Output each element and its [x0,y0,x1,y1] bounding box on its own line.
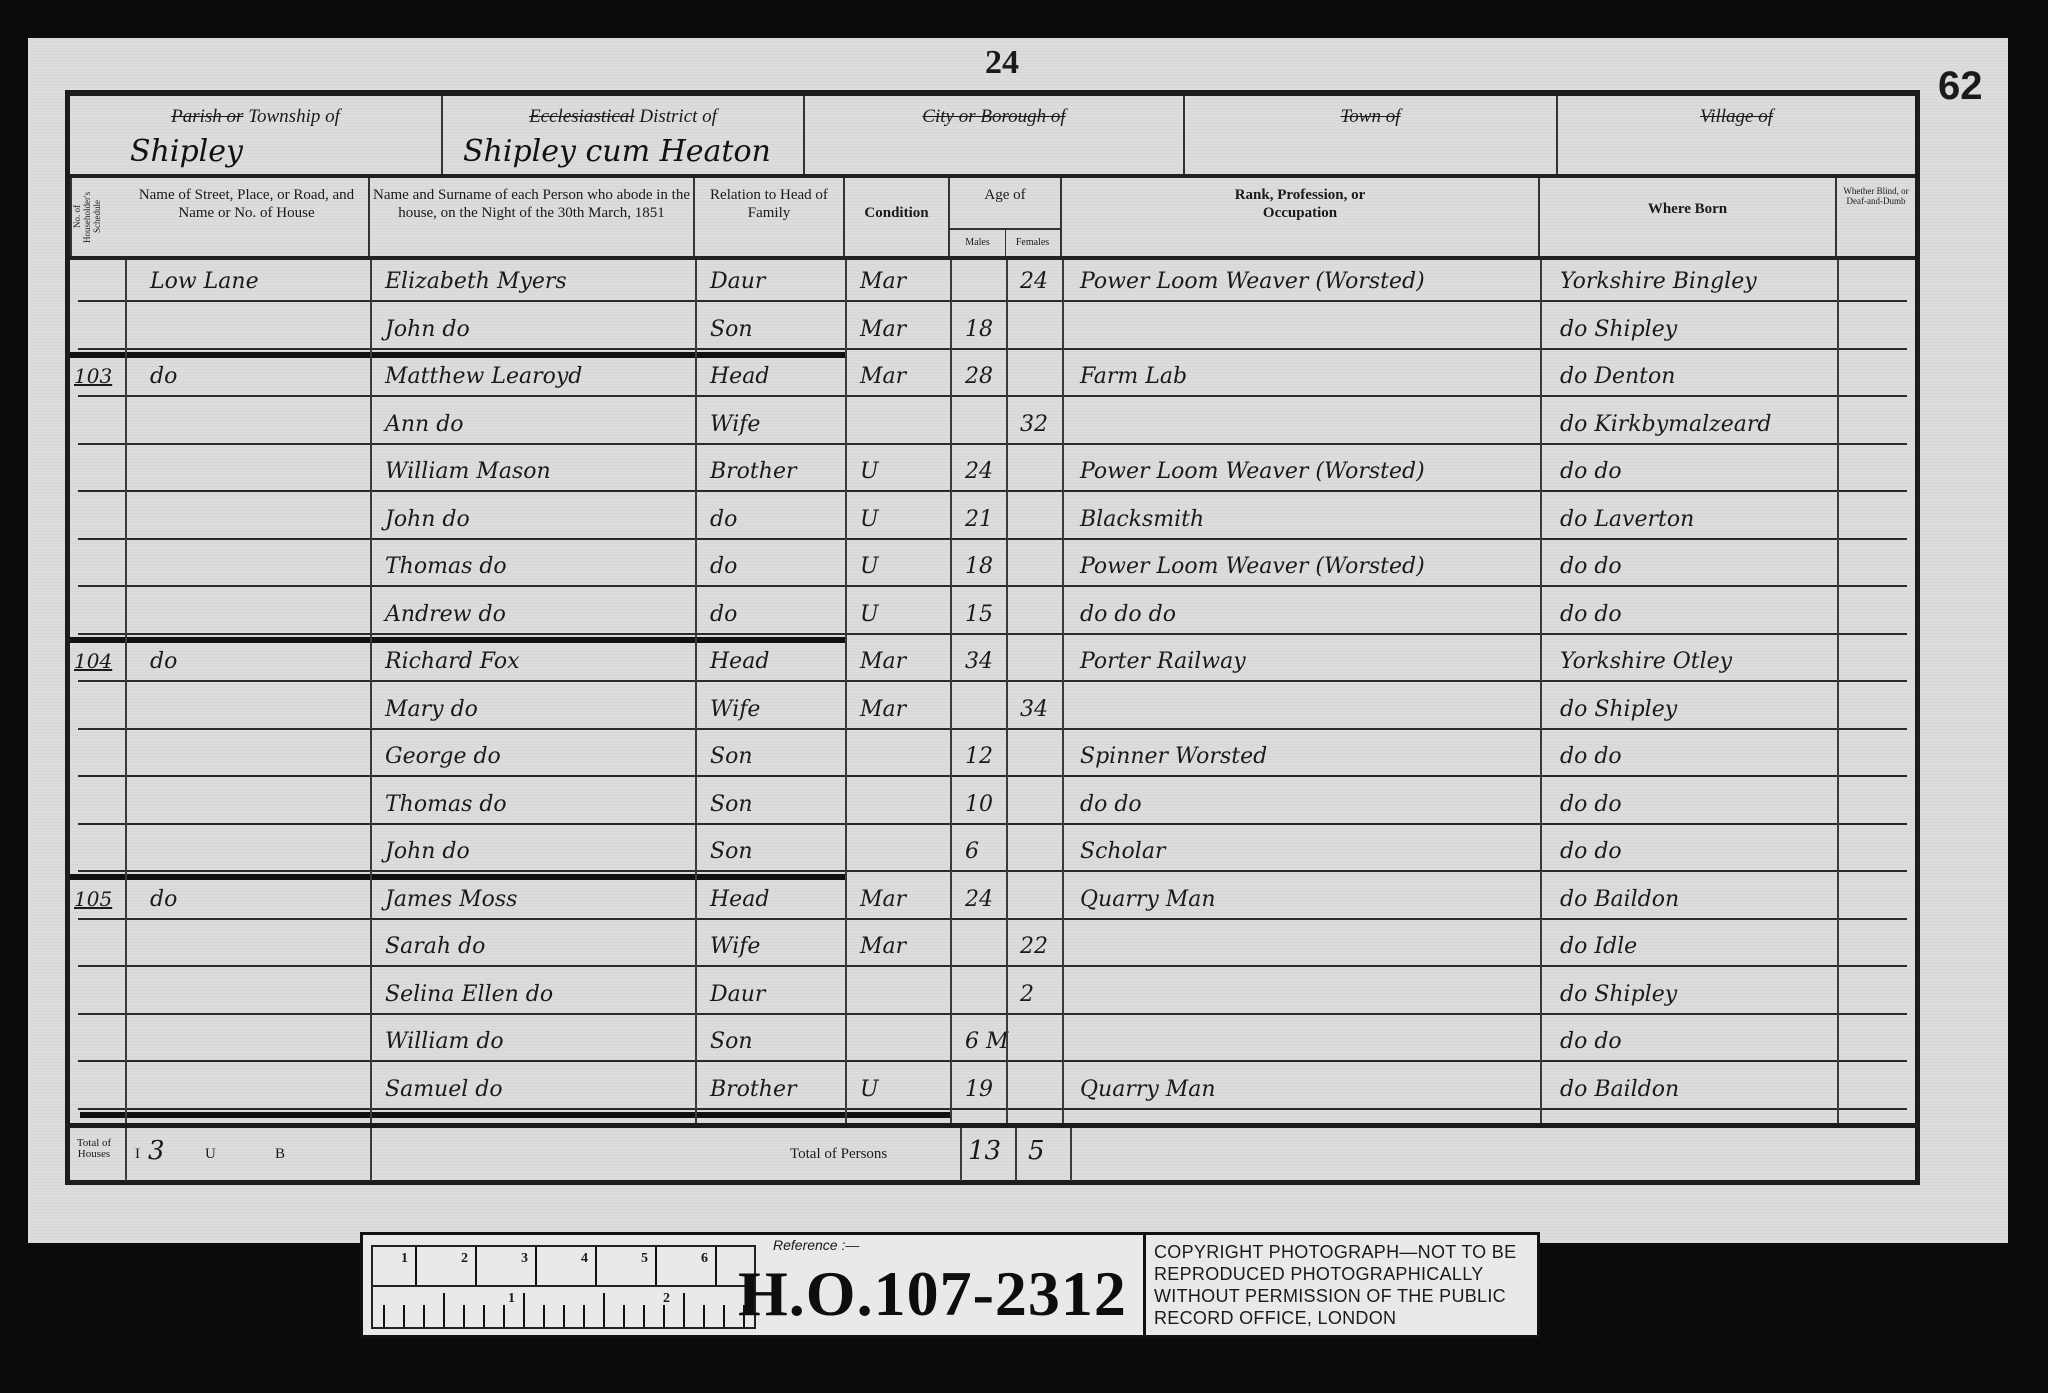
cell-born: do Denton [1560,355,1840,398]
cell-relation: Brother [710,450,840,493]
cell-condition: Mar [860,878,945,921]
cell-name: Richard Fox [385,640,685,683]
row-rule [78,585,1907,587]
cell-relation: Brother [710,1068,840,1111]
town-cell: Town of [1185,96,1558,174]
city-struck-label: City or Borough of [922,106,1065,127]
total-males: 13 [968,1136,1001,1166]
total-females: 5 [1028,1136,1045,1166]
cell-relation: Daur [710,260,840,303]
row-rule [78,1060,1907,1062]
cell-age-f [1020,355,1060,398]
ruler-tick [623,1305,625,1327]
cell-relation: Wife [710,925,840,968]
col-age-males: Males [950,228,1006,256]
cell-occupation: Power Loom Weaver (Worsted) [1080,260,1540,303]
cell-relation: Wife [710,403,840,446]
divider [1070,1128,1072,1181]
col-age: Age of Males Females [950,178,1062,256]
cell-age-f [1020,545,1060,588]
ruler-tick [403,1305,405,1327]
cell-schedule [74,925,124,968]
cell-street: do [150,878,360,921]
cell-street [150,688,360,731]
table-row: Selina Ellen doDaur2do Shipley [70,973,1915,1016]
cell-name: Ann do [385,403,685,446]
cell-age-f: 32 [1020,403,1060,446]
row-rule [78,443,1907,445]
cell-occupation: Quarry Man [1080,878,1540,921]
cell-name: John do [385,308,685,351]
cell-street [150,973,360,1016]
cell-condition: Mar [860,260,945,303]
col-blind-deaf: Whether Blind, or Deaf-and-Dumb [1837,178,1915,256]
row-rule [78,395,1907,397]
cell-age-m: 18 [965,545,1005,588]
row-rule [78,300,1907,302]
col-schedule: No. of Householder's Schedule [70,178,125,256]
cell-age-m: 6 M [965,1020,1005,1063]
folio-number-top: 24 [985,44,1019,82]
row-rule [78,728,1907,730]
uninhabited-prefix: U [205,1146,216,1163]
cell-schedule [74,260,124,303]
table-row: John doSon6Scholardo do [70,830,1915,873]
cell-age-m: 34 [965,640,1005,683]
cell-age-m: 12 [965,735,1005,778]
ruler-tick [483,1305,485,1327]
cell-street [150,1020,360,1063]
cell-relation: Head [710,640,840,683]
ruler-tick [655,1247,657,1285]
table-row: Thomas doSon10do dodo do [70,783,1915,826]
col-relation: Relation to Head of Family [695,178,845,256]
cell-born: do do [1560,1020,1840,1063]
cell-age-m [965,260,1005,303]
scale-ruler: 12345612 [371,1245,756,1329]
census-table: Parish or Township of Shipley Ecclesiast… [65,90,1920,1185]
col-name: Name and Surname of each Person who abod… [370,178,695,256]
row-rule [78,918,1907,920]
building-prefix: B [275,1146,285,1163]
inhabited-count: 3 [148,1136,165,1166]
cell-condition: U [860,498,945,541]
cell-occupation [1080,403,1540,446]
cell-born: do Baildon [1560,1068,1840,1111]
cell-occupation [1080,688,1540,731]
row-rule [78,1013,1907,1015]
cell-occupation: Scholar [1080,830,1540,873]
town-struck-label: Town of [1340,106,1400,127]
cell-schedule: 104 [74,640,124,683]
divider [1062,260,1064,1123]
cell-street [150,925,360,968]
table-row: Mary doWifeMar34do Shipley [70,688,1915,731]
cell-age-f: 22 [1020,925,1060,968]
township-label: Township of [248,106,340,127]
ruler-number: 4 [581,1251,588,1267]
ruler-tick [415,1247,417,1285]
row-rule [78,633,1907,635]
cell-condition: Mar [860,688,945,731]
cell-name: Thomas do [385,783,685,826]
cell-age-f [1020,878,1060,921]
row-rule [78,775,1907,777]
cell-age-m: 19 [965,1068,1005,1111]
row-rule [78,870,1907,872]
col-occupation: Rank, Profession, or Occupation [1062,178,1540,256]
cell-age-m: 10 [965,783,1005,826]
cell-relation: Son [710,308,840,351]
cell-street [150,545,360,588]
divider [845,260,847,1123]
cell-schedule [74,498,124,541]
cell-condition: U [860,545,945,588]
cell-age-f: 34 [1020,688,1060,731]
divider [1015,1128,1017,1181]
reference-code: H.O.107-2312 [738,1257,1127,1331]
cell-born: do Laverton [1560,498,1840,541]
cell-relation: Son [710,830,840,873]
location-header: Parish or Township of Shipley Ecclesiast… [70,96,1915,178]
cell-relation: Son [710,735,840,778]
cell-schedule [74,830,124,873]
cell-schedule [74,545,124,588]
cell-relation: Daur [710,973,840,1016]
cell-condition [860,830,945,873]
village-cell: Village of [1558,96,1915,174]
ruler-tick [543,1305,545,1327]
cell-street [150,403,360,446]
ruler-tick [643,1305,645,1327]
ruler-tick [703,1305,705,1327]
cell-street [150,308,360,351]
cell-born: Yorkshire Bingley [1560,260,1840,303]
reference-label: Reference :— [773,1237,859,1253]
divider [695,260,697,1123]
cell-relation: Head [710,878,840,921]
ruler-divider [373,1285,754,1287]
cell-name: George do [385,735,685,778]
cell-schedule [74,783,124,826]
cell-street: Low Lane [150,260,360,303]
cell-name: Selina Ellen do [385,973,685,1016]
table-row: 105doJames MossHeadMar24Quarry Mando Bai… [70,878,1915,921]
cell-street [150,735,360,778]
ruler-tick [383,1305,385,1327]
ruler-number: 5 [641,1251,648,1267]
ruler-tick [563,1305,565,1327]
cell-name: John do [385,498,685,541]
cell-condition: Mar [860,355,945,398]
cell-age-f [1020,1020,1060,1063]
ruler-number: 2 [663,1291,670,1307]
cell-name: Samuel do [385,1068,685,1111]
ruler-tick [595,1247,597,1285]
cell-age-m [965,688,1005,731]
cell-name: James Moss [385,878,685,921]
column-headers: No. of Householder's Schedule Name of St… [70,178,1915,260]
township-value: Shipley [130,134,243,169]
township-struck-label: Parish or [171,106,243,127]
cell-age-m [965,925,1005,968]
divider [1540,260,1542,1123]
row-rule [78,538,1907,540]
cell-street [150,498,360,541]
ruler-tick [663,1305,665,1327]
col-age-label: Age of [984,187,1025,203]
ruler-tick [583,1305,585,1327]
cell-born: do do [1560,593,1840,636]
total-persons-label: Total of Persons [790,1146,887,1163]
ruler-number: 1 [401,1251,408,1267]
inhabited-prefix: I [135,1146,140,1163]
row-rule [78,490,1907,492]
cell-schedule [74,735,124,778]
cell-age-m: 28 [965,355,1005,398]
row-rule [78,348,1907,350]
cell-name: Sarah do [385,925,685,968]
cell-occupation: Spinner Worsted [1080,735,1540,778]
table-row: William MasonBrotherU24Power Loom Weaver… [70,450,1915,493]
table-row: Andrew dodoU15do do dodo do [70,593,1915,636]
cell-born: do Shipley [1560,973,1840,1016]
divider [125,260,127,1123]
cell-street [150,593,360,636]
cell-occupation [1080,925,1540,968]
ruler-tick [535,1247,537,1285]
village-struck-label: Village of [1700,106,1773,127]
cell-street: do [150,355,360,398]
cell-born: do Kirkbymalzeard [1560,403,1840,446]
cell-street [150,830,360,873]
cell-name: William do [385,1020,685,1063]
cell-age-m: 24 [965,878,1005,921]
cell-age-f [1020,640,1060,683]
cell-born: do Shipley [1560,308,1840,351]
cell-age-f [1020,1068,1060,1111]
cell-name: Andrew do [385,593,685,636]
col-where-born: Where Born [1540,178,1837,256]
cell-occupation: Power Loom Weaver (Worsted) [1080,450,1540,493]
cell-occupation: Power Loom Weaver (Worsted) [1080,545,1540,588]
cell-condition: U [860,450,945,493]
ruler-number: 6 [701,1251,708,1267]
table-row: John dodoU21Blacksmithdo Laverton [70,498,1915,541]
cell-age-m [965,973,1005,1016]
cell-born: Yorkshire Otley [1560,640,1840,683]
cell-relation: do [710,545,840,588]
cell-name: Mary do [385,688,685,731]
ruler-tick [443,1293,445,1327]
city-cell: City or Borough of [805,96,1185,174]
cell-age-m: 15 [965,593,1005,636]
cell-name: Thomas do [385,545,685,588]
ruler-tick [463,1305,465,1327]
table-row: William doSon6 Mdo do [70,1020,1915,1063]
cell-schedule [74,450,124,493]
cell-condition [860,1020,945,1063]
total-houses-label: Total of Houses [74,1138,114,1160]
divider [950,260,952,1123]
divider [370,260,372,1123]
table-row: Low LaneElizabeth MyersDaurMar24Power Lo… [70,260,1915,303]
cell-street [150,450,360,493]
cell-relation: do [710,498,840,541]
cell-occupation: do do do [1080,593,1540,636]
district-label: District of [639,106,717,127]
ruler-tick [475,1247,477,1285]
district-struck-label: Ecclesiastical [529,106,635,127]
cell-age-m: 18 [965,308,1005,351]
cell-condition [860,783,945,826]
cell-age-f [1020,830,1060,873]
cell-born: do do [1560,450,1840,493]
cell-condition [860,973,945,1016]
cell-condition [860,735,945,778]
cell-street: do [150,640,360,683]
township-cell: Parish or Township of Shipley [70,96,443,174]
divider [1837,260,1839,1123]
cell-born: do do [1560,830,1840,873]
ruler-tick [603,1293,605,1327]
cell-name: John do [385,830,685,873]
table-row: Sarah doWifeMar22do Idle [70,925,1915,968]
district-value: Shipley cum Heaton [463,134,771,169]
col-age-females: Females [1005,228,1060,256]
cell-occupation: do do [1080,783,1540,826]
ruler-number: 1 [508,1291,515,1307]
cell-occupation [1080,973,1540,1016]
cell-relation: Head [710,355,840,398]
table-row: Ann doWife32do Kirkbymalzeard [70,403,1915,446]
cell-schedule [74,403,124,446]
table-row: 103doMatthew LearoydHeadMar28Farm Labdo … [70,355,1915,398]
ruler-number: 2 [461,1251,468,1267]
divider [370,1128,372,1181]
cell-condition: Mar [860,925,945,968]
ruler-tick [523,1293,525,1327]
cell-occupation: Quarry Man [1080,1068,1540,1111]
cell-age-m [965,403,1005,446]
cell-born: do do [1560,735,1840,778]
cell-age-f [1020,593,1060,636]
cell-relation: Son [710,1020,840,1063]
ruler-tick [715,1247,717,1285]
cell-schedule [74,308,124,351]
cell-age-f [1020,308,1060,351]
cell-name: William Mason [385,450,685,493]
row-rule [78,965,1907,967]
cell-name: Elizabeth Myers [385,260,685,303]
reference-strip: 12345612 Reference :— H.O.107-2312 COPYR… [360,1232,1540,1338]
table-row: Thomas dodoU18Power Loom Weaver (Worsted… [70,545,1915,588]
cell-schedule [74,973,124,1016]
cell-age-m: 21 [965,498,1005,541]
table-row: 104doRichard FoxHeadMar34Porter RailwayY… [70,640,1915,683]
cell-schedule: 103 [74,355,124,398]
cell-name: Matthew Learoyd [385,355,685,398]
row-rule [78,680,1907,682]
col-condition: Condition [845,178,950,256]
ruler-tick [423,1305,425,1327]
cell-relation: Son [710,783,840,826]
table-row: Samuel doBrotherU19Quarry Mando Baildon [70,1068,1915,1111]
cell-born: do do [1560,783,1840,826]
enumeration-end-separator [80,1112,950,1118]
row-rule [78,823,1907,825]
cell-condition: U [860,593,945,636]
cell-street [150,783,360,826]
cell-occupation: Blacksmith [1080,498,1540,541]
ruler-tick [723,1305,725,1327]
cell-age-f: 24 [1020,260,1060,303]
cell-born: do Baildon [1560,878,1840,921]
cell-schedule [74,1068,124,1111]
row-rule [78,1108,1907,1110]
cell-age-m: 24 [965,450,1005,493]
ruler-number: 3 [521,1251,528,1267]
cell-schedule [74,688,124,731]
cell-age-f: 2 [1020,973,1060,1016]
ruler-tick [503,1305,505,1327]
cell-age-f [1020,450,1060,493]
cell-age-m: 6 [965,830,1005,873]
cell-schedule [74,593,124,636]
district-cell: Ecclesiastical District of Shipley cum H… [443,96,805,174]
cell-occupation: Farm Lab [1080,355,1540,398]
table-row: John doSonMar18do Shipley [70,308,1915,351]
cell-age-f [1020,783,1060,826]
cell-occupation: Porter Railway [1080,640,1540,683]
cell-occupation [1080,308,1540,351]
cell-born: do do [1560,545,1840,588]
cell-schedule [74,1020,124,1063]
cell-relation: do [710,593,840,636]
cell-age-f [1020,735,1060,778]
divider [125,1128,127,1181]
cell-condition [860,403,945,446]
cell-schedule: 105 [74,878,124,921]
ruler-tick [683,1293,685,1327]
cell-street [150,1068,360,1111]
folio-number-right: 62 [1938,64,1983,109]
cell-born: do Shipley [1560,688,1840,731]
copyright-notice: COPYRIGHT PHOTOGRAPH—NOT TO BE REPRODUCE… [1143,1235,1537,1335]
cell-condition: Mar [860,308,945,351]
cell-born: do Idle [1560,925,1840,968]
cell-age-f [1020,498,1060,541]
divider [960,1128,962,1181]
totals-row: Total of Houses I 3 U B Total of Persons… [70,1123,1915,1186]
cell-condition: Mar [860,640,945,683]
cell-relation: Wife [710,688,840,731]
table-row: George doSon12Spinner Worsteddo do [70,735,1915,778]
cell-condition: U [860,1068,945,1111]
cell-occupation [1080,1020,1540,1063]
divider [1006,260,1008,1123]
col-street: Name of Street, Place, or Road, and Name… [125,178,370,256]
